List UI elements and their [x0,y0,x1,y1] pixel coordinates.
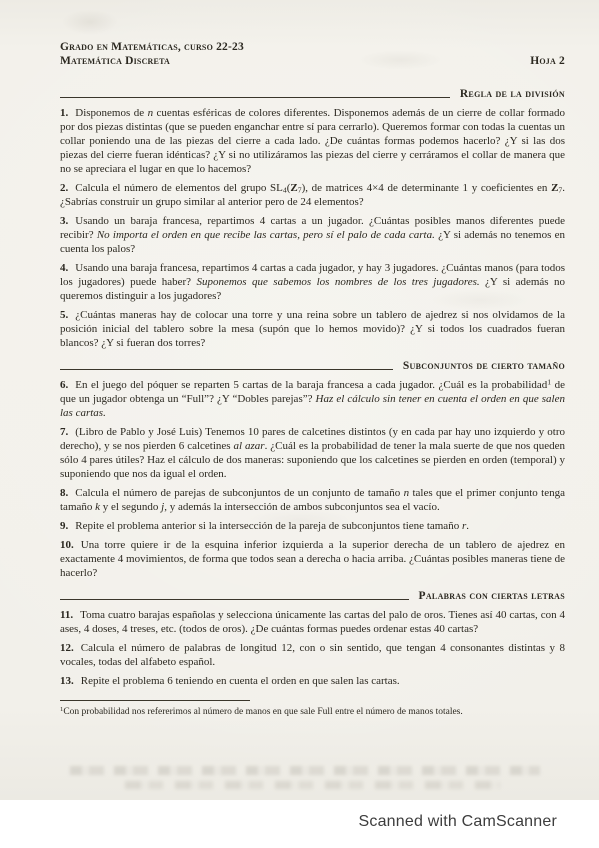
section-rule [60,599,409,600]
header-left: Grado en Matemáticas, curso 22-23 Matemá… [60,40,244,68]
section-title: Subconjuntos de cierto tamaño [403,359,565,373]
section-rule [60,97,450,98]
problem-number: 3. [60,215,68,227]
problem-list: 6.En el juego del póquer se reparten 5 c… [60,378,565,580]
problem: 3.Usando un baraja francesa, repartimos … [60,214,565,256]
problem: 9.Repite el problema anterior si la inte… [60,519,565,533]
problem-text-segment: al azar [234,440,265,452]
scanned-page: Grado en Matemáticas, curso 22-23 Matemá… [0,0,599,800]
problem: 7.(Libro de Pablo y José Luis) Tenemos 1… [60,425,565,481]
problem-text-segment: Toma cuatro barajas españolas y seleccio… [60,609,565,635]
problem-number: 4. [60,262,68,274]
problem: 12.Calcula el número de palabras de long… [60,641,565,669]
footnote: 1Con probabilidad nos refererimos al núm… [60,704,565,718]
scan-bleedthrough-artifact [70,766,540,775]
problem-text-segment: Z [290,182,297,194]
problem-text-segment: ), de matrices 4×4 de determinante 1 y c… [302,182,551,194]
problem-text-segment: Calcula el número de palabras de longitu… [60,642,565,668]
footnote-text: Con probabilidad nos refererimos al núme… [63,707,462,717]
problem-list: 1.Disponemos de n cuentas esféricas de c… [60,106,565,350]
page-content: Grado en Matemáticas, curso 22-23 Matemá… [60,40,565,718]
problem-text-segment: Una torre quiere ir de la esquina inferi… [60,539,565,579]
problem: 11.Toma cuatro barajas españolas y selec… [60,608,565,636]
section-header-1: Regla de la división [60,87,565,101]
problem-number: 5. [60,309,68,321]
problem-number: 7. [60,426,68,438]
problem-number: 13. [60,675,74,687]
problem-number: 10. [60,539,74,551]
document-header: Grado en Matemáticas, curso 22-23 Matemá… [60,40,565,68]
problem-text-segment: No importa el orden en que recibe las ca… [97,229,435,241]
problem-number: 12. [60,642,74,654]
problem-number: 9. [60,520,68,532]
scanner-credit-text: Scanned with CamScanner [359,813,557,831]
problem: 1.Disponemos de n cuentas esféricas de c… [60,106,565,176]
problem: 13.Repite el problema 6 teniendo en cuen… [60,674,565,688]
problem: 6.En el juego del póquer se reparten 5 c… [60,378,565,420]
problem-number: 1. [60,107,68,119]
problem-text-segment: y el segundo [100,501,161,513]
problem-list: 11.Toma cuatro barajas españolas y selec… [60,608,565,688]
section-header-2: Subconjuntos de cierto tamaño [60,359,565,373]
problem-number: 2. [60,182,68,194]
section-rule [60,369,393,370]
problem-text-segment: Calcula el número de elementos del grupo… [75,182,283,194]
problem: 5.¿Cuántas maneras hay de colocar una to… [60,308,565,350]
problem: 8.Calcula el número de parejas de subcon… [60,486,565,514]
section-header-3: Palabras con ciertas letras [60,589,565,603]
problem-text-segment: Disponemos de [75,107,147,119]
problem-text-segment: , y además la intersección de ambos subc… [164,501,440,513]
problem-text-segment: En el juego del póquer se reparten 5 car… [75,379,547,391]
problem-text-segment: Repite el problema 6 teniendo en cuenta … [81,675,400,687]
scanner-credit-strip: Scanned with CamScanner [0,800,599,848]
section-title: Palabras con ciertas letras [419,589,565,603]
scan-bleedthrough-artifact [125,781,500,789]
problem-text-segment: . [466,520,469,532]
problem: 2.Calcula el número de elementos del gru… [60,181,565,209]
problem-text-segment: Suponemos que sabemos los nombres de los… [196,276,479,288]
course-title: Grado en Matemáticas, curso 22-23 [60,40,244,54]
section-title: Regla de la división [460,87,565,101]
problem-number: 11. [60,609,73,621]
problem-text-segment: Calcula el número de parejas de subconju… [75,487,403,499]
sheet-number: Hoja 2 [530,54,565,68]
problem-number: 6. [60,379,68,391]
problem-text-segment: ¿Cuántas maneras hay de colocar una torr… [60,309,565,349]
problem-number: 8. [60,487,68,499]
problem-text-segment: Repite el problema anterior si la inters… [75,520,462,532]
problem: 4.Usando una baraja francesa, repartimos… [60,261,565,303]
subject-title: Matemática Discreta [60,54,244,68]
problem: 10.Una torre quiere ir de la esquina inf… [60,538,565,580]
footnote-rule [60,700,250,701]
